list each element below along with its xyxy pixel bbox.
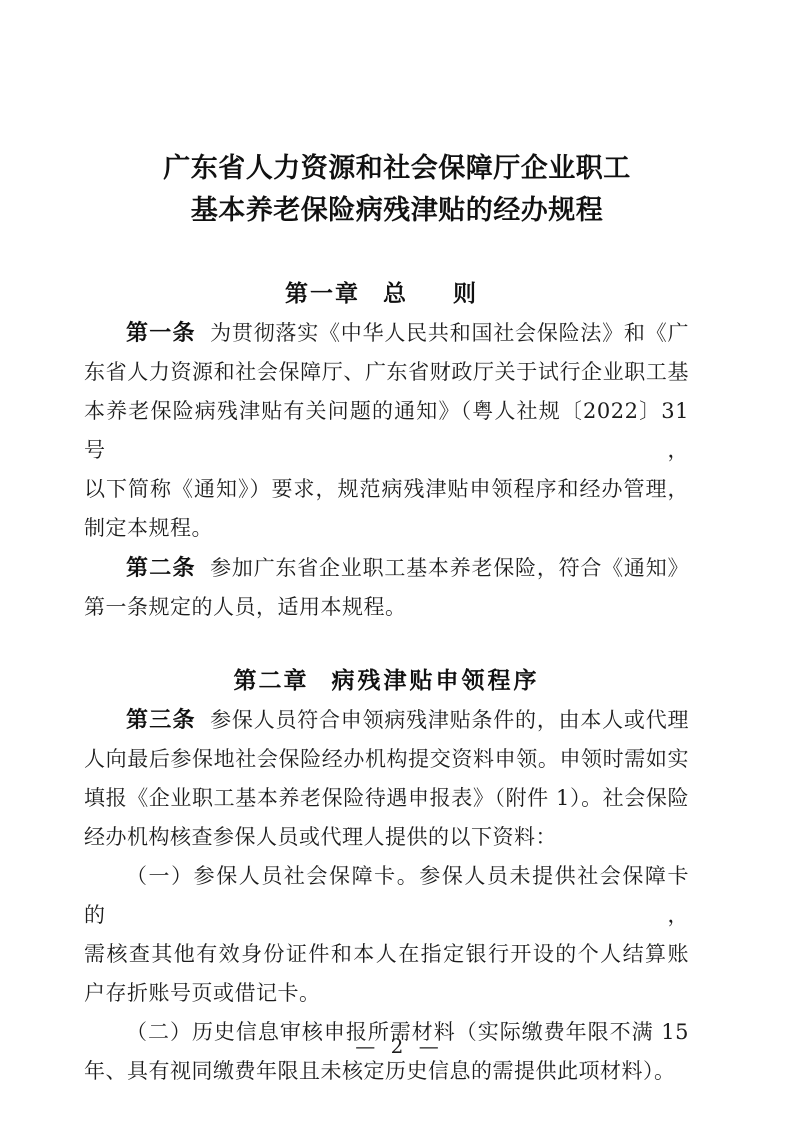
document-page: 广东省人力资源和社会保障厅企业职工 基本养老保险病残津贴的经办规程 第一章总 则…: [0, 0, 794, 1123]
article-1-label: 第一条: [126, 320, 196, 345]
article-1-line-3: 本养老保险病残津贴有关问题的通知》（粤人社规〔2022〕31 号，: [84, 392, 689, 470]
article-1: 第一条为贯彻落实《中华人民共和国社会保险法》和《广 东省人力资源和社会保障厅、广…: [84, 313, 689, 548]
chapter-1-heading: 第一章总 则: [84, 274, 689, 313]
article-1-line-1: 第一条为贯彻落实《中华人民共和国社会保险法》和《广: [84, 313, 689, 353]
list-item-1: （一）参保人员社会保障卡。参保人员未提供社会保障卡的， 需核查其他有效身份证件和…: [84, 857, 689, 1013]
page-footer: — 2 —: [0, 1031, 794, 1061]
article-1-line-4: 以下简称《通知》）要求，规范病残津贴申领程序和经办管理，: [84, 470, 689, 509]
document-title: 广东省人力资源和社会保障厅企业职工 基本养老保险病残津贴的经办规程: [0, 148, 794, 232]
article-2-label: 第二条: [126, 555, 196, 580]
page-number: — 2 —: [355, 1034, 438, 1058]
article-3-label: 第三条: [126, 707, 196, 732]
document-body: 第一章总 则 第一条为贯彻落实《中华人民共和国社会保险法》和《广 东省人力资源和…: [84, 274, 689, 1091]
chapter-2-title: 病残津贴申领程序: [332, 667, 540, 693]
title-line-2: 基本养老保险病残津贴的经办规程: [0, 190, 794, 232]
article-2-line-2: 第一条规定的人员，适用本规程。: [84, 588, 689, 627]
title-line-1: 广东省人力资源和社会保障厅企业职工: [0, 148, 794, 190]
article-2-text-1: 参加广东省企业职工基本养老保险，符合《通知》: [210, 556, 689, 580]
article-2: 第二条参加广东省企业职工基本养老保险，符合《通知》 第一条规定的人员，适用本规程…: [84, 548, 689, 627]
chapter-1-number: 第一章: [285, 280, 360, 306]
item-1-line-3: 户存折账号页或借记卡。: [84, 974, 689, 1013]
article-3: 第三条参保人员符合申领病残津贴条件的，由本人或代理 人向最后参保地社会保险经办机…: [84, 700, 689, 857]
chapter-2-heading: 第二章病残津贴申领程序: [84, 661, 689, 700]
article-3-text-1: 参保人员符合申领病残津贴条件的，由本人或代理: [210, 708, 689, 732]
article-1-line-2: 东省人力资源和社会保障厅、广东省财政厅关于试行企业职工基: [84, 353, 689, 392]
article-1-text-1: 为贯彻落实《中华人民共和国社会保险法》和《广: [210, 321, 689, 345]
article-3-line-1: 第三条参保人员符合申领病残津贴条件的，由本人或代理: [84, 700, 689, 740]
article-3-line-2: 人向最后参保地社会保险经办机构提交资料申领。申领时需如实: [84, 740, 689, 779]
item-1-line-1: （一）参保人员社会保障卡。参保人员未提供社会保障卡的，: [84, 857, 689, 935]
article-3-line-3: 填报《企业职工基本养老保险待遇申报表》（附件 1）。社会保险: [84, 779, 689, 818]
article-3-line-4: 经办机构核查参保人员或代理人提供的以下资料：: [84, 818, 689, 857]
article-1-line-5: 制定本规程。: [84, 509, 689, 548]
article-2-line-1: 第二条参加广东省企业职工基本养老保险，符合《通知》: [84, 548, 689, 588]
item-1-line-2: 需核查其他有效身份证件和本人在指定银行开设的个人结算账: [84, 935, 689, 974]
chapter-1-title: 总 则: [383, 280, 488, 306]
chapter-2-number: 第二章: [234, 667, 309, 693]
